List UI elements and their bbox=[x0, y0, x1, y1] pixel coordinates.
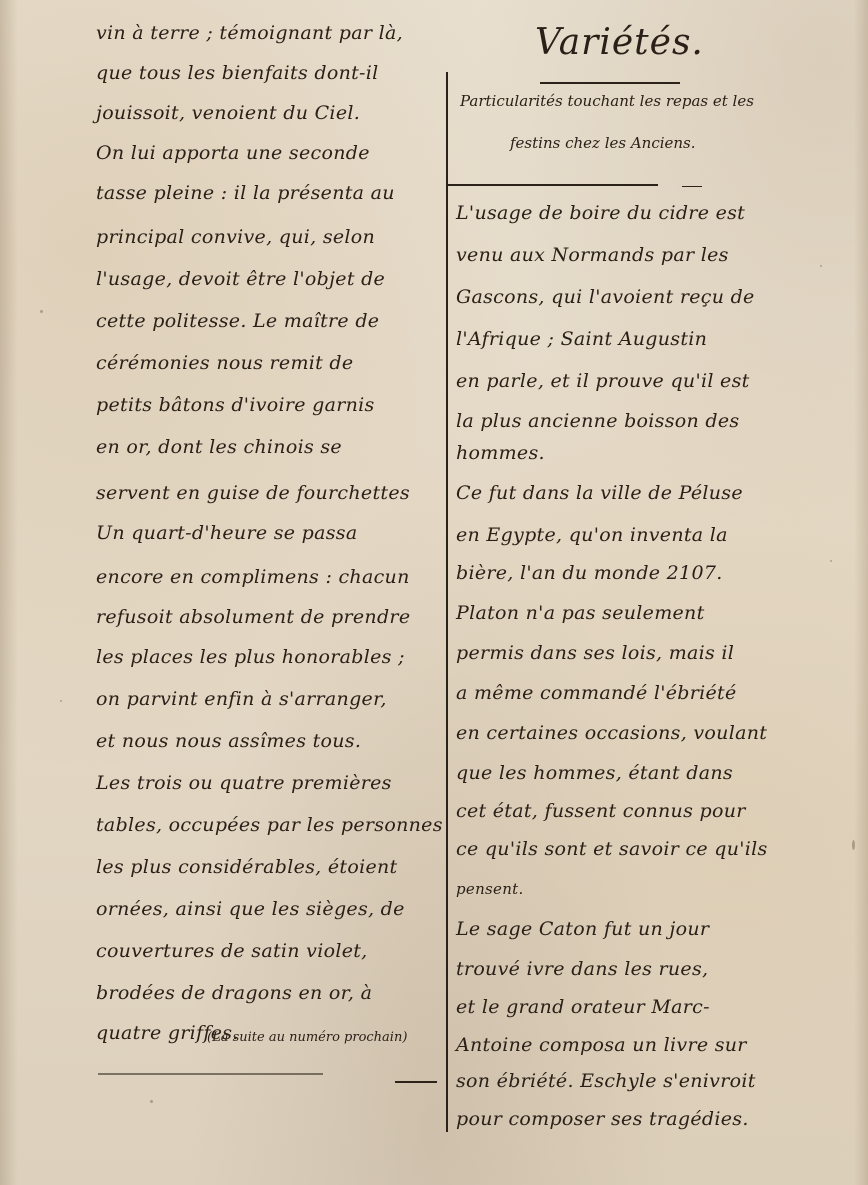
paper-speck bbox=[150, 1100, 153, 1103]
end-rule-faint bbox=[98, 1073, 323, 1075]
text-line: pour composer ses tragédies. bbox=[456, 1108, 749, 1130]
text-line: tasse pleine : il la présenta au bbox=[96, 182, 395, 204]
subheading-line-1: Particularités touchant les repas et les bbox=[460, 92, 754, 110]
text-line: que les hommes, étant dans bbox=[456, 762, 733, 784]
text-line: en or, dont les chinois se bbox=[96, 436, 342, 458]
text-line: Gascons, qui l'avoient reçu de bbox=[456, 286, 755, 308]
end-rule bbox=[395, 1081, 437, 1083]
text-line: tables, occupées par les personnes bbox=[96, 814, 443, 836]
text-line: a même commandé l'ébriété bbox=[456, 682, 737, 704]
text-line: Les trois ou quatre premières bbox=[96, 772, 392, 794]
paper-speck bbox=[820, 265, 822, 267]
text-line: encore en complimens : chacun bbox=[96, 566, 410, 588]
text-line: cet état, fussent connus pour bbox=[456, 800, 746, 822]
text-line: l'Afrique ; Saint Augustin bbox=[456, 328, 707, 350]
text-line: L'usage de boire du cidre est bbox=[456, 202, 745, 224]
text-line: ornées, ainsi que les sièges, de bbox=[96, 898, 405, 920]
text-line: les places les plus honorables ; bbox=[96, 646, 405, 668]
heading-underline bbox=[540, 82, 680, 84]
text-line: venu aux Normands par les bbox=[456, 244, 729, 266]
text-line: les plus considérables, étoient bbox=[96, 856, 397, 878]
text-line: principal convive, qui, selon bbox=[96, 226, 375, 248]
paper-speck bbox=[852, 840, 855, 850]
text-line: jouissoit, venoient du Ciel. bbox=[96, 102, 360, 124]
text-line: brodées de dragons en or, à bbox=[96, 982, 372, 1004]
text-line: pensent. bbox=[456, 880, 524, 898]
text-line: en Egypte, qu'on inventa la bbox=[456, 524, 728, 546]
text-line: et nous nous assîmes tous. bbox=[96, 730, 361, 752]
page-edge-shadow-right bbox=[854, 0, 868, 1185]
continued-note: (La suite au numéro prochain) bbox=[207, 1030, 407, 1045]
text-line: servent en guise de fourchettes bbox=[96, 482, 410, 504]
text-line: et le grand orateur Marc- bbox=[456, 996, 710, 1018]
subheading-divider bbox=[448, 184, 658, 186]
text-line: Un quart-d'heure se passa bbox=[96, 522, 357, 544]
paper-speck bbox=[40, 310, 43, 313]
text-line: petits bâtons d'ivoire garnis bbox=[96, 394, 375, 416]
text-line: On lui apporta une seconde bbox=[96, 142, 370, 164]
text-line: Antoine composa un livre sur bbox=[456, 1034, 747, 1056]
text-line: hommes. bbox=[456, 442, 545, 464]
text-line: refusoit absolument de prendre bbox=[96, 606, 410, 628]
text-line: ce qu'ils sont et savoir ce qu'ils bbox=[456, 838, 768, 860]
text-line: vin à terre ; témoignant par là, bbox=[96, 22, 403, 44]
text-line: trouvé ivre dans les rues, bbox=[456, 958, 708, 980]
paper-speck bbox=[60, 700, 62, 702]
manuscript-page: Variétés. Particularités touchant les re… bbox=[0, 0, 868, 1185]
text-line: l'usage, devoit être l'objet de bbox=[96, 268, 385, 290]
text-line: on parvint enfin à s'arranger, bbox=[96, 688, 387, 710]
text-line: couvertures de satin violet, bbox=[96, 940, 368, 962]
text-line: la plus ancienne boisson des bbox=[456, 410, 739, 432]
paper-speck bbox=[830, 560, 832, 562]
text-line: en certaines occasions, voulant bbox=[456, 722, 767, 744]
text-line: Platon n'a pas seulement bbox=[456, 602, 705, 624]
text-line: que tous les bienfaits dont-il bbox=[96, 62, 379, 84]
page-edge-shadow-left bbox=[0, 0, 18, 1185]
text-line: permis dans ses lois, mais il bbox=[456, 642, 734, 664]
text-line: cette politesse. Le maître de bbox=[96, 310, 379, 332]
section-heading: Variétés. bbox=[535, 22, 704, 63]
subheading-divider-tail bbox=[682, 186, 702, 187]
text-line: Ce fut dans la ville de Péluse bbox=[456, 482, 743, 504]
text-line: son ébriété. Eschyle s'enivroit bbox=[456, 1070, 756, 1092]
text-line: en parle, et il prouve qu'il est bbox=[456, 370, 750, 392]
text-line: cérémonies nous remit de bbox=[96, 352, 353, 374]
text-line: Le sage Caton fut un jour bbox=[456, 918, 709, 940]
column-divider bbox=[446, 72, 448, 1132]
text-line: bière, l'an du monde 2107. bbox=[456, 562, 723, 584]
subheading-line-2: festins chez les Anciens. bbox=[510, 134, 696, 152]
